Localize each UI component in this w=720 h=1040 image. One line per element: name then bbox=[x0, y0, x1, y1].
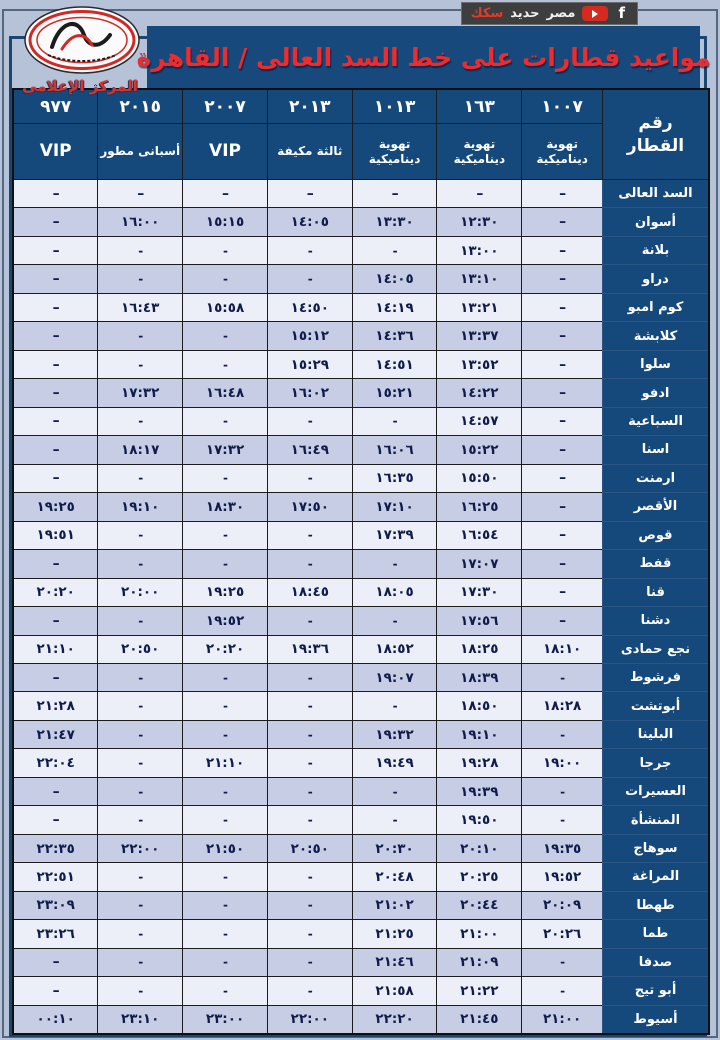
station-cell: طما bbox=[603, 920, 710, 948]
time-cell: ٢٢:٣٥ bbox=[13, 834, 98, 862]
table-row-18: أبوتشت١٨:٢٨١٨:٥٠----٢١:٢٨ bbox=[13, 692, 709, 720]
time-cell: – bbox=[522, 180, 603, 208]
time-cell: ٢١:٠٠ bbox=[437, 920, 522, 948]
time-cell: ١٧:٥٦ bbox=[437, 607, 522, 635]
time-cell: - bbox=[98, 863, 183, 891]
time-cell: ١٨:١٠ bbox=[522, 635, 603, 663]
time-cell: - bbox=[267, 663, 352, 691]
time-cell: - bbox=[183, 550, 268, 578]
time-cell: - bbox=[98, 607, 183, 635]
table-row-11: الأقصر–١٦:٢٥١٧:١٠١٧:٥٠١٨:٣٠١٩:١٠١٩:٢٥ bbox=[13, 493, 709, 521]
table-row-27: صدفا-٢١:٠٩٢١:٤٦---– bbox=[13, 948, 709, 976]
time-cell: – bbox=[522, 550, 603, 578]
time-cell: – bbox=[13, 293, 98, 321]
train-number-cell-3: ٢٠١٣ bbox=[267, 89, 352, 124]
time-cell: ١٩:١٠ bbox=[437, 720, 522, 748]
table-row-13: قفط–١٧:٠٧----– bbox=[13, 550, 709, 578]
time-cell: ١٩:١٠ bbox=[98, 493, 183, 521]
time-cell: - bbox=[267, 464, 352, 492]
train-number-cell-2: ١٠١٣ bbox=[352, 89, 437, 124]
time-cell: - bbox=[352, 607, 437, 635]
brand-word-iron: حديد bbox=[510, 7, 539, 20]
station-cell: أبو تيج bbox=[603, 977, 710, 1005]
time-cell: ١٩:٢٥ bbox=[183, 578, 268, 606]
time-cell: ١٥:٢١ bbox=[352, 379, 437, 407]
time-cell: - bbox=[267, 920, 352, 948]
time-cell: ٢١:٢٥ bbox=[352, 920, 437, 948]
corner-label-line2: القطار bbox=[603, 135, 708, 158]
time-cell: - bbox=[98, 977, 183, 1005]
time-cell: – bbox=[522, 578, 603, 606]
time-cell: – bbox=[13, 436, 98, 464]
time-cell: ١٤:٠٥ bbox=[352, 265, 437, 293]
time-cell: - bbox=[352, 407, 437, 435]
station-cell: كلابشة bbox=[603, 322, 710, 350]
time-cell: ٢١:٥٠ bbox=[183, 834, 268, 862]
time-cell: - bbox=[267, 891, 352, 919]
time-cell: – bbox=[522, 379, 603, 407]
time-cell: ١٩:٠٠ bbox=[522, 749, 603, 777]
table-row-14: قنا–١٧:٣٠١٨:٠٥١٨:٤٥١٩:٢٥٢٠:٠٠٢٠:٢٠ bbox=[13, 578, 709, 606]
time-cell: – bbox=[13, 948, 98, 976]
time-cell: – bbox=[522, 521, 603, 549]
time-cell: – bbox=[13, 350, 98, 378]
time-cell: ٢١:٤٧ bbox=[13, 720, 98, 748]
time-cell: - bbox=[98, 236, 183, 264]
time-cell: - bbox=[522, 720, 603, 748]
time-cell: ١٨:٢٨ bbox=[522, 692, 603, 720]
time-cell: - bbox=[183, 521, 268, 549]
time-cell: ١٦:٤٣ bbox=[98, 293, 183, 321]
train-type-cell-0: تهوية ديناميكية bbox=[522, 124, 603, 180]
time-cell: – bbox=[522, 407, 603, 435]
time-cell: - bbox=[522, 663, 603, 691]
time-cell: ١٩:٠٧ bbox=[352, 663, 437, 691]
station-cell: دراو bbox=[603, 265, 710, 293]
station-cell: السباعية bbox=[603, 407, 710, 435]
time-cell: – bbox=[13, 265, 98, 293]
time-cell: ١٤:٠٥ bbox=[267, 208, 352, 236]
time-cell: - bbox=[98, 920, 183, 948]
time-cell: – bbox=[522, 436, 603, 464]
time-cell: ١٧:٠٧ bbox=[437, 550, 522, 578]
time-cell: - bbox=[522, 777, 603, 805]
time-cell: - bbox=[183, 948, 268, 976]
table-row-6: سلوا–١٣:٥٢١٤:٥١١٥:٢٩--– bbox=[13, 350, 709, 378]
time-cell: ١٩:٥٢ bbox=[183, 607, 268, 635]
time-cell: ١٩:٣٢ bbox=[352, 720, 437, 748]
time-cell: - bbox=[267, 407, 352, 435]
social-ribbon: سكك حديد مصر f bbox=[461, 2, 638, 25]
station-cell: قفط bbox=[603, 550, 710, 578]
time-cell: - bbox=[267, 236, 352, 264]
station-cell: العسيرات bbox=[603, 777, 710, 805]
time-cell: – bbox=[13, 322, 98, 350]
station-cell: البلينا bbox=[603, 720, 710, 748]
time-cell: - bbox=[267, 777, 352, 805]
time-cell: - bbox=[267, 720, 352, 748]
youtube-play-icon bbox=[592, 10, 598, 18]
station-cell: فرشوط bbox=[603, 663, 710, 691]
train-type-cell-4: VIP bbox=[183, 124, 268, 180]
time-cell: ٢٣:٢٦ bbox=[13, 920, 98, 948]
time-cell: - bbox=[98, 407, 183, 435]
logo-caption: المركز الإعلامى bbox=[10, 77, 150, 95]
time-cell: - bbox=[183, 977, 268, 1005]
time-cell: ١٣:٣٠ bbox=[352, 208, 437, 236]
station-cell: السد العالى bbox=[603, 180, 710, 208]
time-cell: ١٥:١٥ bbox=[183, 208, 268, 236]
time-cell: - bbox=[183, 863, 268, 891]
time-cell: ٢٠:٢٥ bbox=[437, 863, 522, 891]
time-cell: ٢٠:٥٠ bbox=[98, 635, 183, 663]
time-cell: ١٥:٢٢ bbox=[437, 436, 522, 464]
time-cell: ١٦:٠٦ bbox=[352, 436, 437, 464]
time-cell: – bbox=[522, 236, 603, 264]
time-cell: ١٧:٣٩ bbox=[352, 521, 437, 549]
table-row-1: أسوان–١٢:٣٠١٣:٣٠١٤:٠٥١٥:١٥١٦:٠٠– bbox=[13, 208, 709, 236]
time-cell: – bbox=[13, 379, 98, 407]
time-cell: ٢١:٥٨ bbox=[352, 977, 437, 1005]
station-cell: صدفا bbox=[603, 948, 710, 976]
time-cell: – bbox=[13, 180, 98, 208]
time-cell: ١٨:٠٥ bbox=[352, 578, 437, 606]
time-cell: - bbox=[183, 265, 268, 293]
time-cell: - bbox=[98, 663, 183, 691]
station-cell: دشنا bbox=[603, 607, 710, 635]
time-cell: ٢٢:٠٠ bbox=[98, 834, 183, 862]
time-cell: ١٦:٣٥ bbox=[352, 464, 437, 492]
time-cell: ٢٠:٢٠ bbox=[13, 578, 98, 606]
time-cell: ٢١:٤٦ bbox=[352, 948, 437, 976]
time-cell: ١٨:٣٩ bbox=[437, 663, 522, 691]
station-cell: الأقصر bbox=[603, 493, 710, 521]
station-cell: أسيوط bbox=[603, 1005, 710, 1034]
time-cell: ١٨:٥٠ bbox=[437, 692, 522, 720]
table-row-10: ارمنت–١٥:٥٠١٦:٣٥---– bbox=[13, 464, 709, 492]
time-cell: - bbox=[98, 265, 183, 293]
time-cell: ٢٠:٠٠ bbox=[98, 578, 183, 606]
time-cell: - bbox=[98, 322, 183, 350]
time-cell: ١٥:٥٨ bbox=[183, 293, 268, 321]
time-cell: - bbox=[522, 977, 603, 1005]
table-row-15: دشنا–١٧:٥٦--١٩:٥٢-– bbox=[13, 607, 709, 635]
time-cell: - bbox=[267, 863, 352, 891]
time-cell: - bbox=[183, 777, 268, 805]
time-cell: ١٦:٤٨ bbox=[183, 379, 268, 407]
time-cell: ١٨:٣٠ bbox=[183, 493, 268, 521]
table-row-19: البلينا-١٩:١٠١٩:٣٢---٢١:٤٧ bbox=[13, 720, 709, 748]
time-cell: - bbox=[267, 265, 352, 293]
time-cell: ١٤:٥٠ bbox=[267, 293, 352, 321]
time-cell: ٢٠:١٠ bbox=[437, 834, 522, 862]
time-cell: - bbox=[98, 948, 183, 976]
time-cell: – bbox=[522, 607, 603, 635]
brand-word-egypt: مصر bbox=[547, 7, 576, 20]
time-cell: - bbox=[267, 948, 352, 976]
time-cell: ١٩:٣٦ bbox=[267, 635, 352, 663]
time-cell: - bbox=[352, 550, 437, 578]
table-row-0: السد العالى––––––– bbox=[13, 180, 709, 208]
time-cell: – bbox=[522, 265, 603, 293]
time-cell: – bbox=[267, 180, 352, 208]
time-cell: ٢١:١٠ bbox=[183, 749, 268, 777]
table-row-29: أسيوط٢١:٠٠٢١:٤٥٢٢:٢٠٢٢:٠٠٢٣:٠٠٢٣:١٠٠٠:١٠ bbox=[13, 1005, 709, 1034]
time-cell: ٢٢:٥١ bbox=[13, 863, 98, 891]
station-cell: كوم امبو bbox=[603, 293, 710, 321]
time-cell: – bbox=[522, 493, 603, 521]
time-cell: ١٩:٣٩ bbox=[437, 777, 522, 805]
train-type-cell-2: تهوية ديناميكية bbox=[352, 124, 437, 180]
train-type-cell-6: VIP bbox=[13, 124, 98, 180]
station-cell: سوهاج bbox=[603, 834, 710, 862]
station-cell: سلوا bbox=[603, 350, 710, 378]
table-row-17: فرشوط-١٨:٣٩١٩:٠٧---– bbox=[13, 663, 709, 691]
time-cell: – bbox=[522, 322, 603, 350]
station-cell: بلانة bbox=[603, 236, 710, 264]
station-cell: ارمنت bbox=[603, 464, 710, 492]
time-cell: ٢٣:١٠ bbox=[98, 1005, 183, 1034]
time-cell: ١٨:١٧ bbox=[98, 436, 183, 464]
table-row-9: اسنا–١٥:٢٢١٦:٠٦١٦:٤٩١٧:٣٢١٨:١٧– bbox=[13, 436, 709, 464]
time-cell: ٢١:٤٥ bbox=[437, 1005, 522, 1034]
time-cell: ١٥:٢٩ bbox=[267, 350, 352, 378]
table-row-16: نجع حمادى١٨:١٠١٨:٢٥١٨:٥٢١٩:٣٦٢٠:٢٠٢٠:٥٠٢… bbox=[13, 635, 709, 663]
time-cell: ١٩:٢٨ bbox=[437, 749, 522, 777]
time-cell: ١٦:٤٩ bbox=[267, 436, 352, 464]
time-cell: ١٧:٥٠ bbox=[267, 493, 352, 521]
train-number-cell-4: ٢٠٠٧ bbox=[183, 89, 268, 124]
table-row-4: كوم امبو–١٣:٢١١٤:١٩١٤:٥٠١٥:٥٨١٦:٤٣– bbox=[13, 293, 709, 321]
table-row-5: كلابشة–١٣:٣٧١٤:٣٦١٥:١٢--– bbox=[13, 322, 709, 350]
time-cell: - bbox=[98, 692, 183, 720]
time-cell: - bbox=[183, 236, 268, 264]
time-cell: ١٧:١٠ bbox=[352, 493, 437, 521]
brand-word-railways: سكك bbox=[471, 7, 503, 20]
time-cell: - bbox=[98, 350, 183, 378]
time-cell: ٢٠:٢٠ bbox=[183, 635, 268, 663]
table-row-3: دراو–١٣:١٠١٤:٠٥---– bbox=[13, 265, 709, 293]
time-cell: ١٧:٣٠ bbox=[437, 578, 522, 606]
table-row-25: طهطا٢٠:٠٩٢٠:٤٤٢١:٠٢---٢٣:٠٩ bbox=[13, 891, 709, 919]
time-cell: - bbox=[183, 407, 268, 435]
time-cell: ١٤:٥٧ bbox=[437, 407, 522, 435]
table-row-7: ادفو–١٤:٢٢١٥:٢١١٦:٠٢١٦:٤٨١٧:٣٢– bbox=[13, 379, 709, 407]
time-cell: - bbox=[98, 720, 183, 748]
time-cell: ١٩:٥٢ bbox=[522, 863, 603, 891]
time-cell: - bbox=[183, 720, 268, 748]
station-cell: جرجا bbox=[603, 749, 710, 777]
time-cell: - bbox=[267, 607, 352, 635]
time-cell: - bbox=[267, 749, 352, 777]
time-cell: ١٨:٢٥ bbox=[437, 635, 522, 663]
station-cell: طهطا bbox=[603, 891, 710, 919]
time-cell: - bbox=[183, 806, 268, 834]
table-row-12: قوص–١٦:٥٤١٧:٣٩---١٩:٥١ bbox=[13, 521, 709, 549]
table-row-20: جرجا١٩:٠٠١٩:٢٨١٩:٤٩-٢١:١٠-٢٢:٠٤ bbox=[13, 749, 709, 777]
time-cell: – bbox=[13, 208, 98, 236]
time-cell: – bbox=[13, 464, 98, 492]
time-cell: ١٨:٥٢ bbox=[352, 635, 437, 663]
station-cell: أسوان bbox=[603, 208, 710, 236]
time-cell: ٢٣:٠٠ bbox=[183, 1005, 268, 1034]
train-type-cell-5: أسبانى مطور bbox=[98, 124, 183, 180]
time-cell: ١٦:٠٠ bbox=[98, 208, 183, 236]
station-cell: المنشأة bbox=[603, 806, 710, 834]
time-cell: - bbox=[352, 806, 437, 834]
time-cell: - bbox=[98, 777, 183, 805]
time-cell: - bbox=[267, 692, 352, 720]
table-row-22: المنشأة-١٩:٥٠----– bbox=[13, 806, 709, 834]
train-type-cell-3: ثالثة مكيفة bbox=[267, 124, 352, 180]
time-cell: – bbox=[13, 607, 98, 635]
facebook-icon: f bbox=[615, 6, 628, 21]
time-cell: ١٧:٣٢ bbox=[98, 379, 183, 407]
time-cell: - bbox=[522, 806, 603, 834]
time-cell: – bbox=[352, 180, 437, 208]
station-cell: أبوتشت bbox=[603, 692, 710, 720]
time-cell: ٢١:٢٢ bbox=[437, 977, 522, 1005]
time-cell: - bbox=[352, 236, 437, 264]
time-cell: ٠٠:١٠ bbox=[13, 1005, 98, 1034]
time-cell: ١٩:٤٩ bbox=[352, 749, 437, 777]
corner-label-line1: رقم bbox=[603, 112, 708, 135]
station-cell: قوص bbox=[603, 521, 710, 549]
time-cell: ١٤:٣٦ bbox=[352, 322, 437, 350]
train-number-cell-1: ١٦٣ bbox=[437, 89, 522, 124]
time-cell: ٢٠:٠٩ bbox=[522, 891, 603, 919]
time-cell: ١٥:٥٠ bbox=[437, 464, 522, 492]
time-cell: – bbox=[13, 663, 98, 691]
time-cell: ١٣:١٠ bbox=[437, 265, 522, 293]
time-cell: ١٩:٥٠ bbox=[437, 806, 522, 834]
time-cell: - bbox=[183, 322, 268, 350]
time-cell: – bbox=[13, 236, 98, 264]
table-row-24: المراغة١٩:٥٢٢٠:٢٥٢٠:٤٨---٢٢:٥١ bbox=[13, 863, 709, 891]
time-cell: ٢١:٠٠ bbox=[522, 1005, 603, 1034]
timetable: رقم القطار ١٠٠٧١٦٣١٠١٣٢٠١٣٢٠٠٧٢٠١٥٩٧٧ ته… bbox=[12, 88, 710, 1035]
time-cell: - bbox=[98, 891, 183, 919]
table-row-26: طما٢٠:٢٦٢١:٠٠٢١:٢٥---٢٣:٢٦ bbox=[13, 920, 709, 948]
time-cell: - bbox=[98, 550, 183, 578]
time-cell: ١٣:٢١ bbox=[437, 293, 522, 321]
time-cell: – bbox=[522, 293, 603, 321]
enr-logo-emblem bbox=[22, 5, 142, 75]
time-cell: ١٢:٣٠ bbox=[437, 208, 522, 236]
time-cell: ١٤:٢٢ bbox=[437, 379, 522, 407]
time-cell: ٢٢:٠٠ bbox=[267, 1005, 352, 1034]
timetable-wrap: رقم القطار ١٠٠٧١٦٣١٠١٣٢٠١٣٢٠٠٧٢٠١٥٩٧٧ ته… bbox=[12, 88, 710, 1035]
station-cell: اسنا bbox=[603, 436, 710, 464]
time-cell: - bbox=[183, 464, 268, 492]
station-cell: قنا bbox=[603, 578, 710, 606]
title-banner: مواعيد قطارات على خط السد العالى / القاه… bbox=[147, 26, 700, 88]
time-cell: ٢٠:٢٦ bbox=[522, 920, 603, 948]
time-cell: ٢١:٠٢ bbox=[352, 891, 437, 919]
table-row-28: أبو تيج-٢١:٢٢٢١:٥٨---– bbox=[13, 977, 709, 1005]
time-cell: - bbox=[183, 692, 268, 720]
station-cell: ادفو bbox=[603, 379, 710, 407]
time-cell: – bbox=[98, 180, 183, 208]
time-cell: – bbox=[13, 407, 98, 435]
time-cell: ١٩:٥١ bbox=[13, 521, 98, 549]
corner-cell: رقم القطار bbox=[603, 89, 710, 180]
page-title: مواعيد قطارات على خط السد العالى / القاه… bbox=[137, 43, 711, 72]
time-cell: – bbox=[522, 208, 603, 236]
table-row-2: بلانة–١٣:٠٠----– bbox=[13, 236, 709, 264]
time-cell: ١٩:٣٥ bbox=[522, 834, 603, 862]
time-cell: ١٧:٣٢ bbox=[183, 436, 268, 464]
time-cell: - bbox=[352, 692, 437, 720]
time-cell: ٢٠:٣٠ bbox=[352, 834, 437, 862]
table-row-21: العسيرات-١٩:٣٩----– bbox=[13, 777, 709, 805]
time-cell: ٢٢:٠٤ bbox=[13, 749, 98, 777]
time-cell: – bbox=[183, 180, 268, 208]
time-cell: - bbox=[98, 806, 183, 834]
time-cell: - bbox=[98, 464, 183, 492]
time-cell: - bbox=[183, 663, 268, 691]
time-cell: ٢٠:٥٠ bbox=[267, 834, 352, 862]
station-cell: المراغة bbox=[603, 863, 710, 891]
time-cell: – bbox=[437, 180, 522, 208]
time-cell: - bbox=[267, 521, 352, 549]
time-cell: ١٦:٠٢ bbox=[267, 379, 352, 407]
enr-logo bbox=[22, 5, 142, 75]
table-row-8: السباعية–١٤:٥٧----– bbox=[13, 407, 709, 435]
time-cell: - bbox=[98, 749, 183, 777]
train-number-cell-0: ١٠٠٧ bbox=[522, 89, 603, 124]
time-cell: ٢٠:٤٨ bbox=[352, 863, 437, 891]
time-cell: ١٤:٥١ bbox=[352, 350, 437, 378]
time-cell: – bbox=[13, 977, 98, 1005]
time-cell: – bbox=[13, 777, 98, 805]
time-cell: ٢٣:٠٩ bbox=[13, 891, 98, 919]
time-cell: ١٣:٠٠ bbox=[437, 236, 522, 264]
time-cell: ١٣:٥٢ bbox=[437, 350, 522, 378]
time-cell: - bbox=[98, 521, 183, 549]
time-cell: ١٨:٤٥ bbox=[267, 578, 352, 606]
time-cell: ٢٠:٤٤ bbox=[437, 891, 522, 919]
time-cell: ١٦:٥٤ bbox=[437, 521, 522, 549]
station-cell: نجع حمادى bbox=[603, 635, 710, 663]
time-cell: – bbox=[13, 806, 98, 834]
time-cell: - bbox=[183, 920, 268, 948]
time-cell: ٢١:٢٨ bbox=[13, 692, 98, 720]
time-cell: - bbox=[522, 948, 603, 976]
time-cell: - bbox=[267, 550, 352, 578]
time-cell: – bbox=[522, 350, 603, 378]
time-cell: ١٤:١٩ bbox=[352, 293, 437, 321]
time-cell: ١٣:٣٧ bbox=[437, 322, 522, 350]
youtube-icon bbox=[582, 6, 608, 21]
train-type-cell-1: تهوية ديناميكية bbox=[437, 124, 522, 180]
time-cell: - bbox=[183, 350, 268, 378]
time-cell: - bbox=[267, 977, 352, 1005]
time-cell: ٢٢:٢٠ bbox=[352, 1005, 437, 1034]
time-cell: ٢١:١٠ bbox=[13, 635, 98, 663]
time-cell: - bbox=[183, 891, 268, 919]
time-cell: – bbox=[522, 464, 603, 492]
time-cell: ١٦:٢٥ bbox=[437, 493, 522, 521]
time-cell: ٢١:٠٩ bbox=[437, 948, 522, 976]
time-cell: ١٩:٢٥ bbox=[13, 493, 98, 521]
time-cell: ١٥:١٢ bbox=[267, 322, 352, 350]
time-cell: – bbox=[13, 550, 98, 578]
table-row-23: سوهاج١٩:٣٥٢٠:١٠٢٠:٣٠٢٠:٥٠٢١:٥٠٢٢:٠٠٢٢:٣٥ bbox=[13, 834, 709, 862]
time-cell: - bbox=[267, 806, 352, 834]
page: { "topbar": { "words": ["سكك", "حديد", "… bbox=[0, 0, 720, 1040]
time-cell: - bbox=[352, 777, 437, 805]
